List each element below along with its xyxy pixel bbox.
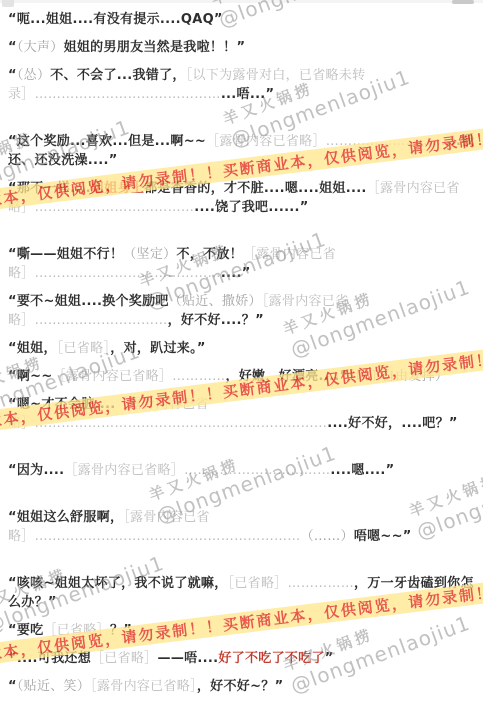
stage-direction: （贴近、笑）: [17, 679, 90, 694]
stage-direction: （大声）: [17, 40, 64, 55]
script-document-page: “呃...姐姐....有没有提示....QAQ”“（大声）姐姐的男朋友当然是我啦…: [0, 0, 483, 705]
redacted-text: ［露骨内容已省略］………………………: [206, 134, 445, 149]
dialogue-text: ”: [325, 651, 334, 666]
dialogue-text: “姐姐，: [8, 341, 57, 356]
stage-direction: （怂）: [17, 68, 50, 83]
dialogue-text: 不，不放！: [176, 247, 243, 262]
red-tinted-text: 好了不吃了不吃了: [218, 651, 324, 666]
dialogue-text: 不、不会了...我错了，: [50, 68, 185, 83]
stage-direction: （贴近、撒娇）: [169, 294, 262, 309]
red-tinted-text: 姐姐身上: [91, 181, 144, 196]
dialogue-text: “因为....: [8, 463, 64, 478]
redacted-text: ［已省略］……………: [228, 576, 355, 591]
dialogue-text: 姐姐的男朋友当然是我啦！！”: [64, 40, 246, 55]
dialogue-text: “那不一样....: [8, 181, 91, 196]
dialogue-text: “嗯~才不会脏....: [8, 397, 116, 412]
dialogue-text: “: [8, 679, 17, 694]
dialogue-paragraph: “嗯~才不会脏....［露骨内容已省略］………………………………………………………: [8, 395, 475, 452]
dialogue-text: 都是香香的，才不脏....嗯....姐姐....: [144, 181, 366, 196]
dialogue-text: “....可我还想: [8, 651, 91, 666]
dialogue-text: “要吃: [8, 623, 43, 638]
dialogue-text: 唔嗯~~”: [354, 529, 412, 544]
dialogue-text: ....嗯....”: [330, 463, 394, 478]
dialogue-text: ...唔...”: [221, 87, 275, 102]
dialogue-paragraph: “呃...姐姐....有没有提示....QAQ”: [8, 10, 475, 29]
stage-direction: （坚定）: [123, 247, 176, 262]
dialogue-paragraph: “（大声）姐姐的男朋友当然是我啦！！”: [8, 38, 475, 57]
dialogue-text: “: [8, 68, 17, 83]
dialogue-text: ，好不好....？”: [168, 313, 264, 328]
dialogue-text: ....好不好，....吧？”: [327, 416, 458, 431]
redacted-text: ［已省略］: [91, 651, 158, 666]
dialogue-paragraph: “这个奖励...喜欢...但是...啊~~［露骨内容已省略］……………………….…: [8, 132, 475, 170]
dialogue-paragraph: “要吃［已省略］？”: [8, 621, 475, 640]
dialogue-text: “: [8, 40, 17, 55]
dialogue-paragraph: “啊~~［露骨内容已省略］…………，好嫩，好漂亮....”（以下自由发挥）: [8, 367, 475, 386]
redacted-text: ［露骨内容已省略］…………: [53, 369, 226, 384]
stage-direction: （以下自由发挥）: [348, 369, 448, 384]
dialogue-text: “咳咳~姐姐太坏了，我不说了就嘛，: [8, 576, 228, 591]
dialogue-paragraph: “（贴近、笑）［露骨内容已省略］，好不好~？”: [8, 677, 475, 696]
dialogue-paragraph: “嘶——姐姐不行！（坚定）不，不放！［露骨内容已省略］……………………………………: [8, 245, 475, 283]
stage-direction: （……）: [301, 529, 354, 544]
dialogue-paragraph: “姐姐，［已省略］，对，趴过来。”: [8, 339, 475, 358]
dialogue-text: ，好不好~？”: [197, 679, 284, 694]
dialogue-paragraph: “因为....［露骨内容已省略］……………………………....嗯....”: [8, 461, 475, 499]
dialogue-text: ....”: [221, 266, 251, 281]
dialogue-paragraph: “....可我还想［已省略］——唔....好了不吃了不吃了”: [8, 649, 475, 668]
dialogue-text: ，对，趴过来。”: [110, 341, 205, 356]
dialogue-text: ，好嫩，好漂亮....”: [225, 369, 348, 384]
redacted-text: ［已省略］: [43, 623, 110, 638]
dialogue-text: “要不~姐姐....换个奖励吧: [8, 294, 169, 309]
dialogue-paragraph: “要不~姐姐....换个奖励吧（贴近、撒娇）［露骨内容已省略］…………………………: [8, 292, 475, 330]
dialogue-text: “姐姐这么舒服啊，: [8, 510, 123, 525]
dialogue-paragraph: “（怂）不、不会了...我错了，［以下为露骨对白，已省略未转录］………………………: [8, 66, 475, 123]
dialogue-paragraph: “咳咳~姐姐太坏了，我不说了就嘛，［已省略］……………，万一牙齿磕到你怎么办？”: [8, 574, 475, 612]
dialogue-text: “嘶——姐姐不行！: [8, 247, 123, 262]
dialogue-text: “呃...姐姐....有没有提示....QAQ”: [8, 12, 223, 27]
redacted-text: ［露骨内容已省略］: [90, 679, 197, 694]
dialogue-paragraph: “那不一样....姐姐身上都是香香的，才不脏....嗯....姐姐....［露骨…: [8, 179, 475, 236]
redacted-text: ［已省略］: [57, 341, 111, 356]
dialogue-text: ——唔....: [158, 651, 219, 666]
dialogue-body: “呃...姐姐....有没有提示....QAQ”“（大声）姐姐的男朋友当然是我啦…: [0, 0, 483, 696]
dialogue-paragraph: “姐姐这么舒服啊，［露骨内容已省略］……………………………………………………（……: [8, 508, 475, 565]
dialogue-text: ？”: [110, 623, 132, 638]
dialogue-text: “啊~~: [8, 369, 53, 384]
dialogue-text: “这个奖励...喜欢...但是...啊~~: [8, 134, 206, 149]
dialogue-text: ....饶了我吧......”: [194, 200, 308, 215]
redacted-text: ［露骨内容已省略］……………………………: [64, 463, 330, 478]
